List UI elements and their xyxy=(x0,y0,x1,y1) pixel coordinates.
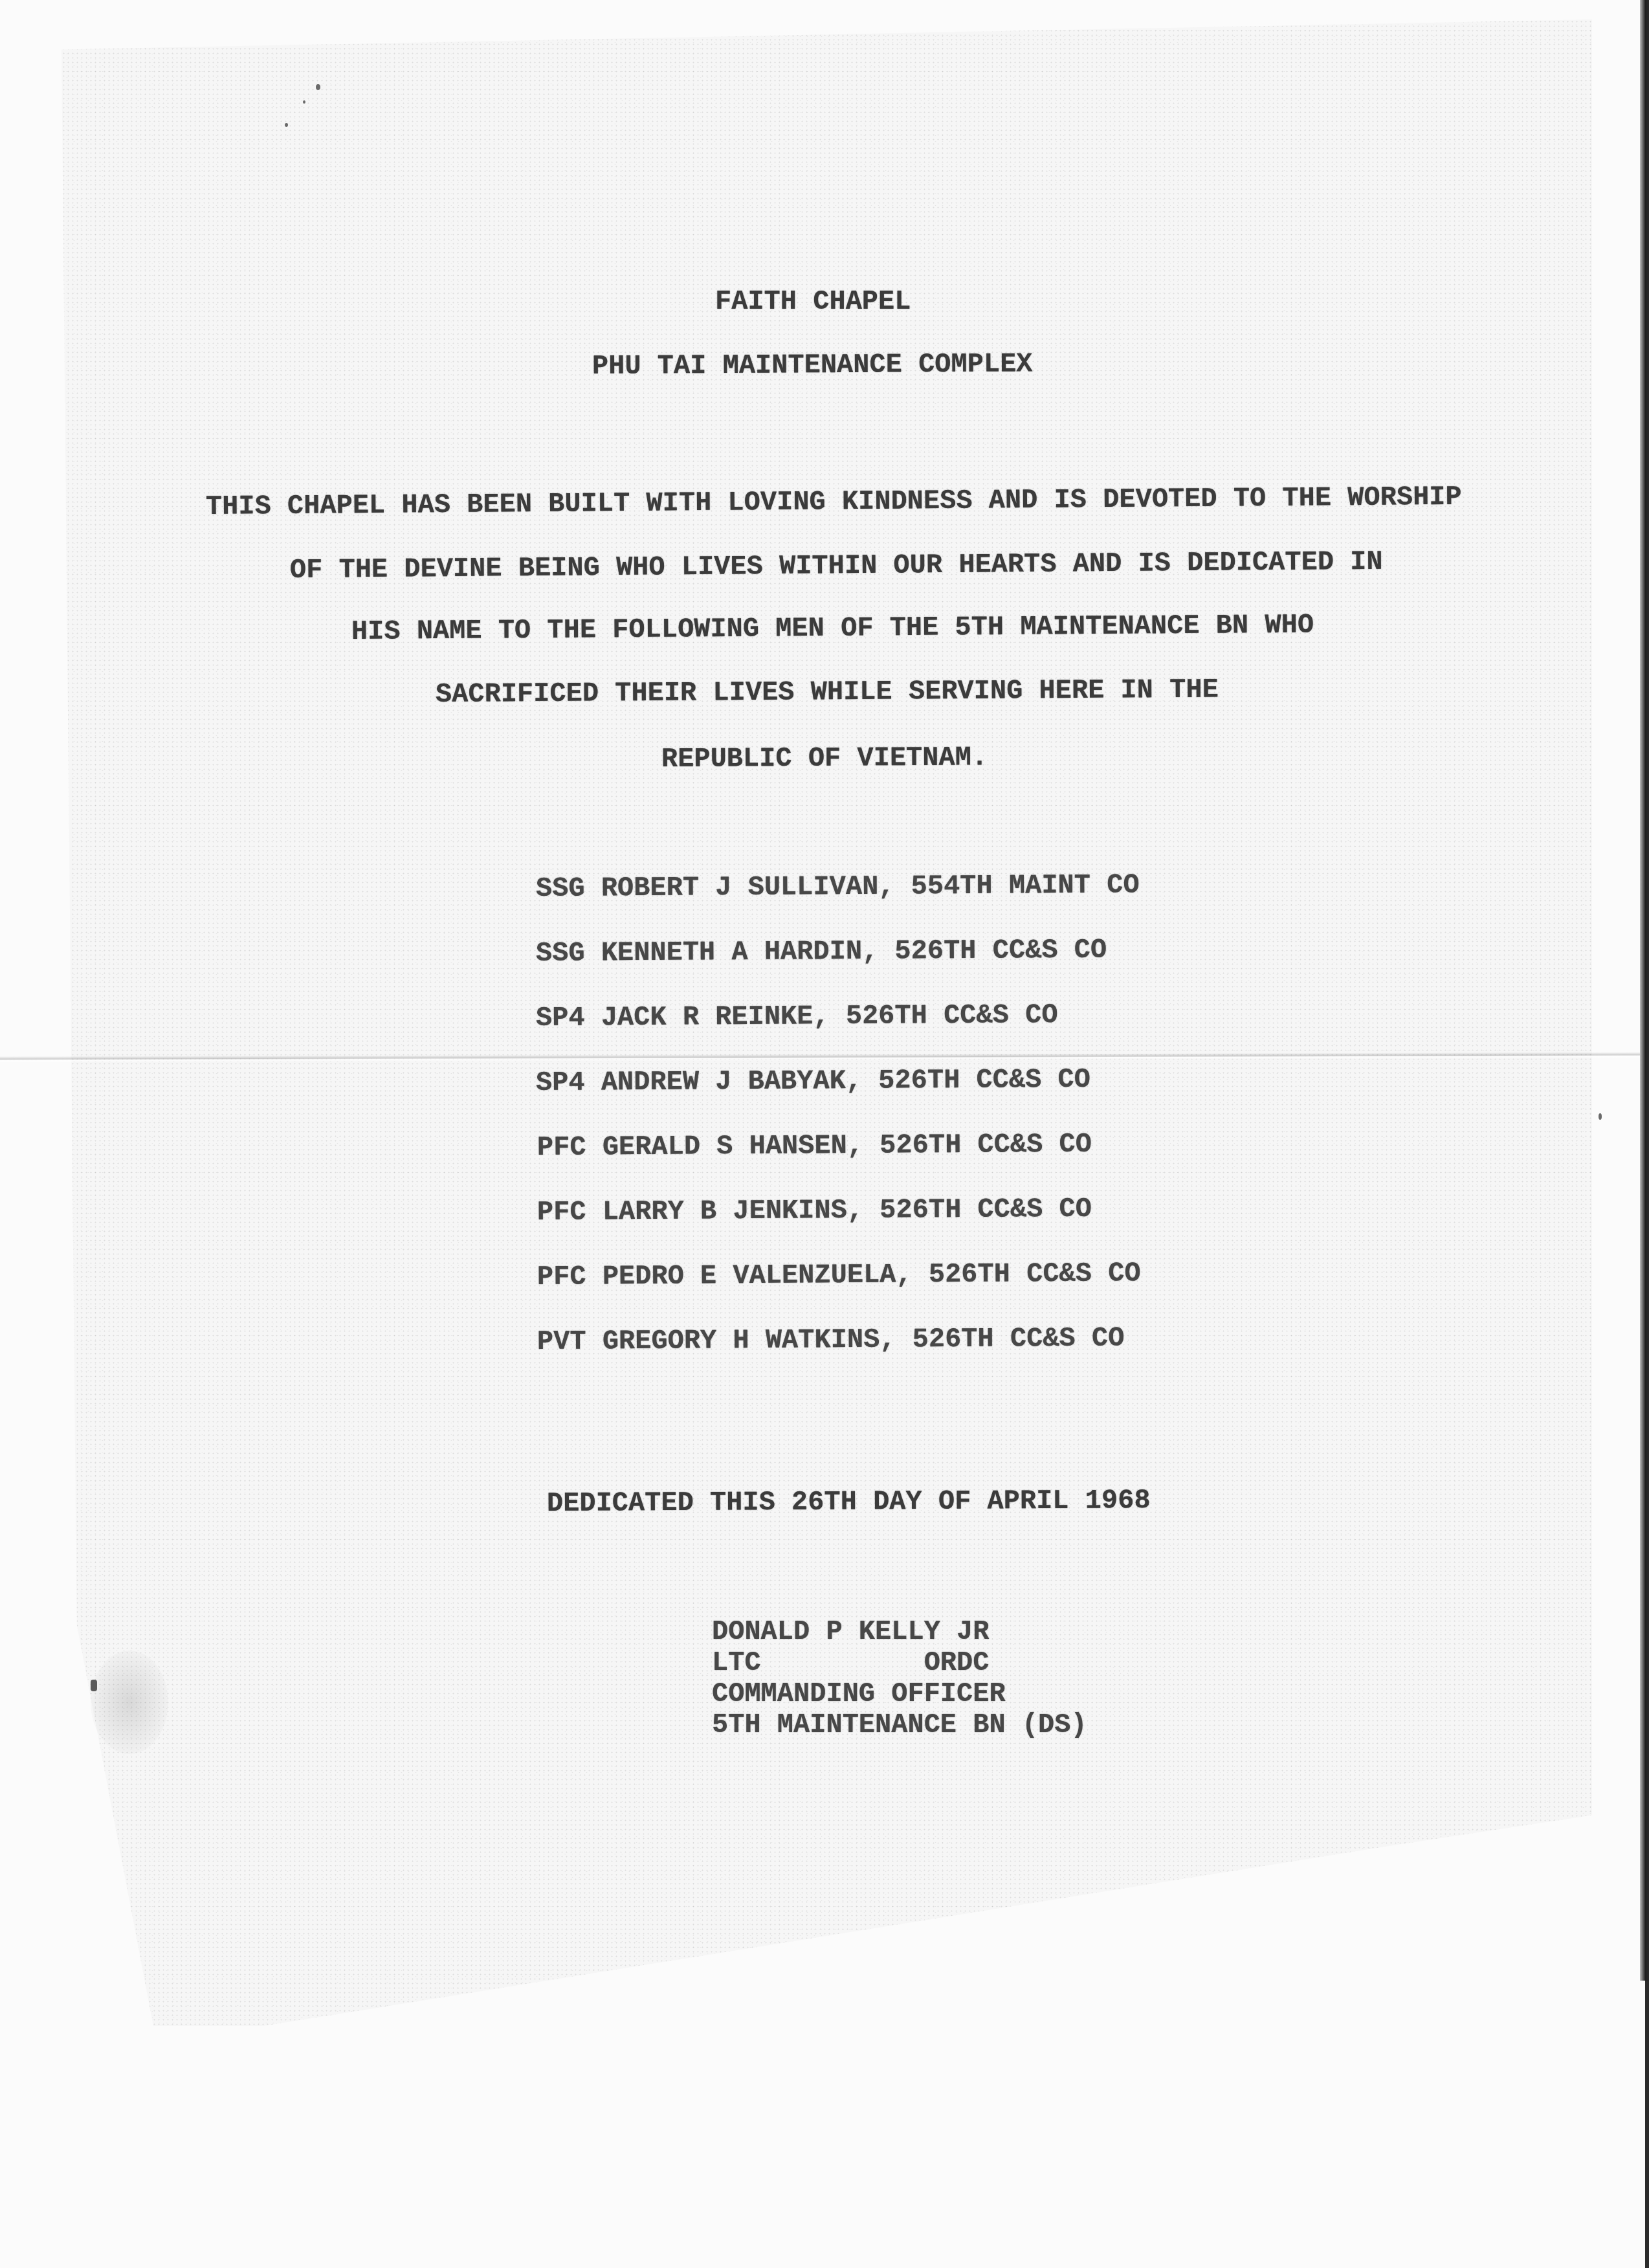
paper-smudge xyxy=(91,1651,168,1754)
paragraph-line: SACRIFICED THEIR LIVES WHILE SERVING HER… xyxy=(436,676,1219,708)
honoree-entry: SP4 JACK R REINKE, 526TH CC&S CO xyxy=(536,1001,1058,1032)
honoree-entry: PFC GERALD S HANSEN, 526TH CC&S CO xyxy=(537,1131,1092,1161)
document-title: FAITH CHAPEL xyxy=(715,288,911,315)
signatory-rank-branch: LTC ORDC xyxy=(712,1649,989,1676)
document-subtitle: PHU TAI MAINTENANCE COMPLEX xyxy=(592,350,1033,380)
paragraph-line: OF THE DEVINE BEING WHO LIVES WITHIN OUR… xyxy=(290,548,1383,584)
dedication-date-line: DEDICATED THIS 26TH DAY OF APRIL 1968 xyxy=(547,1487,1151,1517)
paper-speck xyxy=(316,84,320,90)
honoree-entry: SSG KENNETH A HARDIN, 526TH CC&S CO xyxy=(536,937,1107,967)
signatory-title: COMMANDING OFFICER xyxy=(712,1680,1006,1707)
signatory-name: DONALD P KELLY JR xyxy=(712,1618,989,1645)
paragraph-line: REPUBLIC OF VIETNAM. xyxy=(661,744,988,773)
honoree-entry: SSG ROBERT J SULLIVAN, 554TH MAINT CO xyxy=(536,871,1140,902)
signatory-unit: 5TH MAINTENANCE BN (DS) xyxy=(712,1711,1087,1739)
paper-speck xyxy=(303,100,305,104)
scan-edge-shadow xyxy=(1640,0,1649,1981)
scan-edge-shadow-lower xyxy=(1645,1981,1649,2268)
honoree-entry: PFC LARRY B JENKINS, 526TH CC&S CO xyxy=(537,1195,1092,1226)
paragraph-line: HIS NAME TO THE FOLLOWING MEN OF THE 5TH… xyxy=(351,612,1314,645)
paper-mark xyxy=(91,1680,97,1691)
paper-speck xyxy=(1599,1113,1602,1120)
honoree-entry: SP4 ANDREW J BABYAK, 526TH CC&S CO xyxy=(536,1066,1090,1096)
paper-speck xyxy=(285,123,288,127)
honoree-entry: PFC PEDRO E VALENZUELA, 526TH CC&S CO xyxy=(537,1260,1141,1291)
honoree-entry: PVT GREGORY H WATKINS, 526TH CC&S CO xyxy=(537,1324,1125,1355)
